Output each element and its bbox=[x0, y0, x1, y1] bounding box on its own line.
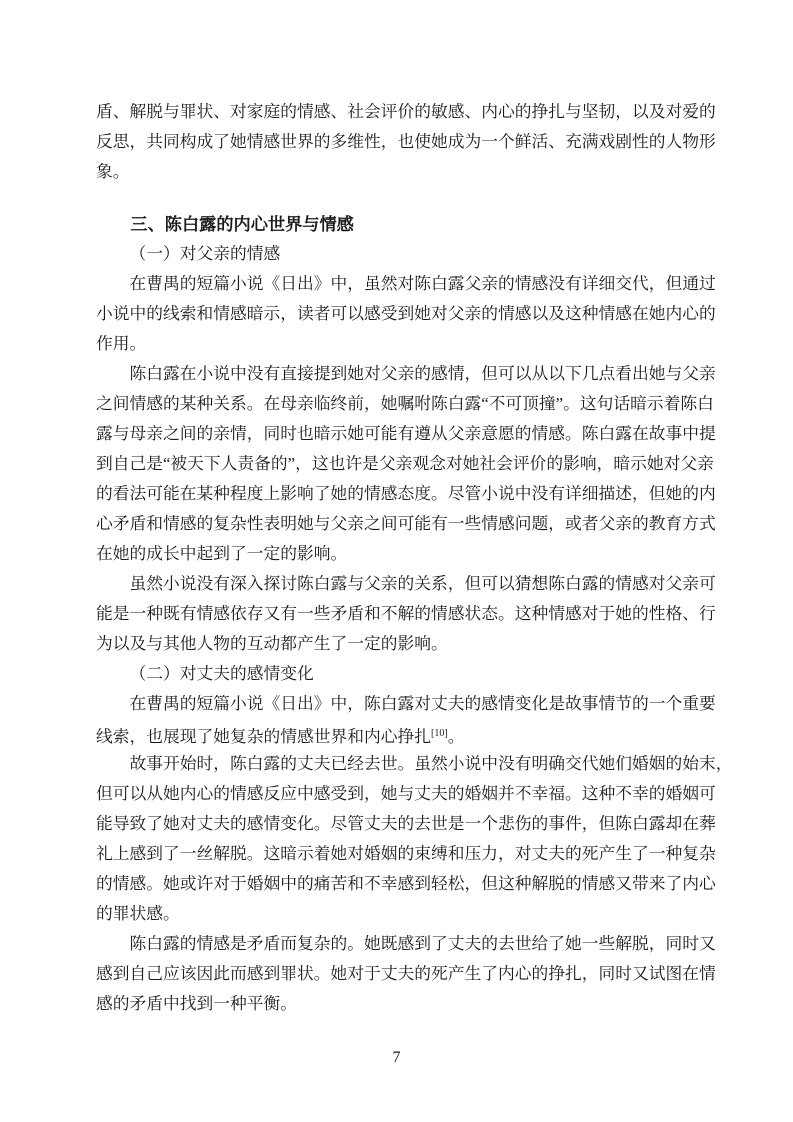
footnote-reference: [10] bbox=[431, 728, 448, 739]
section-heading: 三、陈白露的内心世界与情感 bbox=[96, 209, 736, 239]
text-line: 小说中的线索和情感暗示，读者可以感受到她对父亲的情感以及这种情感在她内心的 bbox=[96, 299, 736, 329]
text-line: 作用。 bbox=[96, 329, 736, 359]
text-line: 之间情感的某种关系。在母亲临终前，她嘱咐陈白露“不可顶撞”。这句话暗示着陈白 bbox=[96, 389, 736, 419]
text-line: 线索，也展现了她复杂的情感世界和内心挣扎[10]。 bbox=[96, 719, 736, 749]
page-body: 盾、解脱与罪状、对家庭的情感、社会评价的敏感、内心的挣扎与坚韧，以及对爱的反思，… bbox=[96, 97, 736, 1019]
text-line: 反思，共同构成了她情感世界的多维性，也使她成为一个鲜活、充满戏剧性的人物形 bbox=[96, 127, 736, 157]
text-line: 陈白露在小说中没有直接提到她对父亲的感情，但可以从以下几点看出她与父亲 bbox=[96, 359, 736, 389]
line-text: 。 bbox=[448, 727, 465, 746]
text-line: 的罪状感。 bbox=[96, 899, 736, 929]
text-line: 盾、解脱与罪状、对家庭的情感、社会评价的敏感、内心的挣扎与坚韧，以及对爱的 bbox=[96, 97, 736, 127]
text-line: 故事开始时，陈白露的丈夫已经去世。虽然小说中没有明确交代她们婚姻的始末， bbox=[96, 749, 736, 779]
text-line: 在曹禺的短篇小说《日出》中，陈白露对丈夫的感情变化是故事情节的一个重要 bbox=[96, 689, 736, 719]
text-line: 但可以从她内心的情感反应中感受到，她与丈夫的婚姻并不幸福。这种不幸的婚姻可 bbox=[96, 779, 736, 809]
text-line: 的情感。她或许对于婚姻中的痛苦和不幸感到轻松，但这种解脱的情感又带来了内心 bbox=[96, 869, 736, 899]
text-line: 感到自己应该因此而感到罪状。她对于丈夫的死产生了内心的挣扎，同时又试图在情 bbox=[96, 959, 736, 989]
text-line: 能是一种既有情感依存又有一些矛盾和不解的情感状态。这种情感对于她的性格、行 bbox=[96, 599, 736, 629]
text-line: 感的矛盾中找到一种平衡。 bbox=[96, 989, 736, 1019]
text-line: 能导致了她对丈夫的感情变化。尽管丈夫的去世是一个悲伤的事件，但陈白露却在葬 bbox=[96, 809, 736, 839]
paragraph-with-footnote: 在曹禺的短篇小说《日出》中，陈白露对丈夫的感情变化是故事情节的一个重要 线索，也… bbox=[96, 689, 736, 749]
subsection-heading-husband: （二）对丈夫的感情变化 bbox=[96, 659, 736, 689]
text-line: 陈白露的情感是矛盾而复杂的。她既感到了丈夫的去世给了她一些解脱，同时又 bbox=[96, 929, 736, 959]
subsection-heading-father: （一）对父亲的情感 bbox=[96, 239, 736, 269]
text-line: 在她的成长中起到了一定的影响。 bbox=[96, 539, 736, 569]
text-line: 心矛盾和情感的复杂性表明她与父亲之间可能有一些情感问题，或者父亲的教育方式 bbox=[96, 509, 736, 539]
paragraph: 虽然小说没有深入探讨陈白露与父亲的关系，但可以猜想陈白露的情感对父亲可能是一种既… bbox=[96, 569, 736, 659]
text-line: 象。 bbox=[96, 157, 736, 187]
document-page: 盾、解脱与罪状、对家庭的情感、社会评价的敏感、内心的挣扎与坚韧，以及对爱的反思，… bbox=[0, 0, 793, 1122]
text-line: 露与母亲之间的亲情，同时也暗示她可能有遵从父亲意愿的情感。陈白露在故事中提 bbox=[96, 419, 736, 449]
text-line: 在曹禺的短篇小说《日出》中，虽然对陈白露父亲的情感没有详细交代，但通过 bbox=[96, 269, 736, 299]
text-line: 的看法可能在某种程度上影响了她的情感态度。尽管小说中没有详细描述，但她的内 bbox=[96, 479, 736, 509]
paragraph: 在曹禺的短篇小说《日出》中，虽然对陈白露父亲的情感没有详细交代，但通过小说中的线… bbox=[96, 269, 736, 359]
paragraph-continuation: 盾、解脱与罪状、对家庭的情感、社会评价的敏感、内心的挣扎与坚韧，以及对爱的反思，… bbox=[96, 97, 736, 187]
text-line: 到自己是“被天下人责备的”，这也许是父亲观念对她社会评价的影响，暗示她对父亲 bbox=[96, 449, 736, 479]
paragraph: 故事开始时，陈白露的丈夫已经去世。虽然小说中没有明确交代她们婚姻的始末，但可以从… bbox=[96, 749, 736, 929]
paragraph: 陈白露的情感是矛盾而复杂的。她既感到了丈夫的去世给了她一些解脱，同时又感到自己应… bbox=[96, 929, 736, 1019]
line-text: 线索，也展现了她复杂的情感世界和内心挣扎 bbox=[96, 727, 431, 746]
text-line: 为以及与其他人物的互动都产生了一定的影响。 bbox=[96, 629, 736, 659]
paragraph: 陈白露在小说中没有直接提到她对父亲的感情，但可以从以下几点看出她与父亲之间情感的… bbox=[96, 359, 736, 569]
text-line: 礼上感到了一丝解脱。这暗示着她对婚姻的束缚和压力，对丈夫的死产生了一种复杂 bbox=[96, 839, 736, 869]
text-line: 虽然小说没有深入探讨陈白露与父亲的关系，但可以猜想陈白露的情感对父亲可 bbox=[96, 569, 736, 599]
page-number: 7 bbox=[0, 1048, 793, 1068]
